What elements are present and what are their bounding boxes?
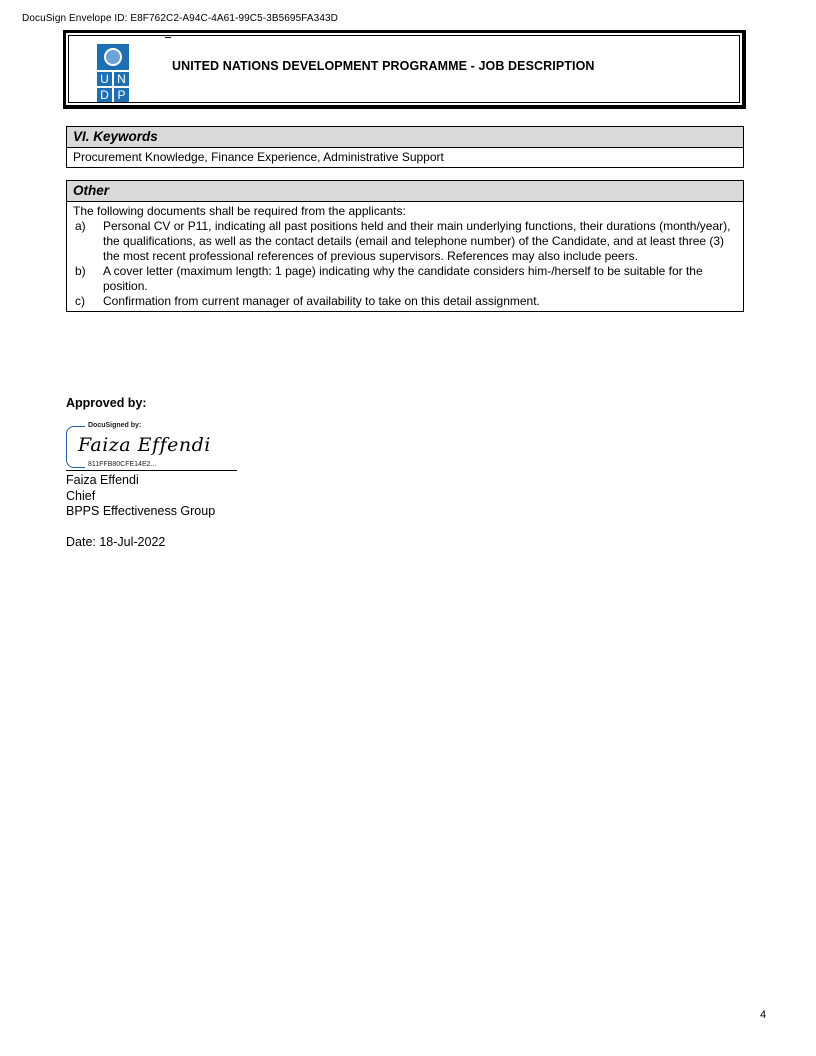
un-emblem-icon <box>97 44 129 70</box>
document-title: UNITED NATIONS DEVELOPMENT PROGRAMME - J… <box>172 59 595 73</box>
signature-handwriting: Faiza Effendi <box>78 434 211 456</box>
other-heading: Other <box>67 181 743 202</box>
signature-id: 811FFB80CFE14E2... <box>88 461 156 468</box>
logo-letter: P <box>114 88 129 102</box>
docusign-signature: DocuSigned by: Faiza Effendi 811FFB80CFE… <box>66 422 236 470</box>
page-number: 4 <box>760 1009 766 1021</box>
list-marker: b) <box>73 264 103 294</box>
docusign-envelope-id: DocuSign Envelope ID: E8F762C2-A94C-4A61… <box>22 13 338 24</box>
list-marker: a) <box>73 219 103 264</box>
other-section: Other The following documents shall be r… <box>66 180 744 312</box>
approval-date: Date: 18-Jul-2022 <box>66 535 165 549</box>
header-inner-border: U N D P UNITED NATIONS DEVELOPMENT PROGR… <box>68 35 740 103</box>
undp-logo: U N D P <box>97 44 129 102</box>
approved-by-label: Approved by: <box>66 396 147 410</box>
document-header: U N D P UNITED NATIONS DEVELOPMENT PROGR… <box>63 30 746 109</box>
list-item: a) Personal CV or P11, indicating all pa… <box>73 219 737 264</box>
signature-line <box>66 470 237 471</box>
list-item: c) Confirmation from current manager of … <box>73 294 737 309</box>
other-intro: The following documents shall be require… <box>73 204 737 219</box>
list-text: Confirmation from current manager of ava… <box>103 294 737 309</box>
keywords-section: VI. Keywords Procurement Knowledge, Fina… <box>66 126 744 168</box>
logo-letter: D <box>97 88 112 102</box>
signer-title: Chief <box>66 489 215 505</box>
signer-group: BPPS Effectiveness Group <box>66 504 215 520</box>
required-documents-list: a) Personal CV or P11, indicating all pa… <box>73 219 737 309</box>
list-text: A cover letter (maximum length: 1 page) … <box>103 264 737 294</box>
list-marker: c) <box>73 294 103 309</box>
logo-letter: U <box>97 72 112 86</box>
header-dash <box>165 37 171 38</box>
list-text: Personal CV or P11, indicating all past … <box>103 219 737 264</box>
signer-name: Faiza Effendi <box>66 473 215 489</box>
signer-block: Faiza Effendi Chief BPPS Effectiveness G… <box>66 473 215 520</box>
list-item: b) A cover letter (maximum length: 1 pag… <box>73 264 737 294</box>
docusigned-label: DocuSigned by: <box>88 422 141 429</box>
logo-letter: N <box>114 72 129 86</box>
keywords-text: Procurement Knowledge, Finance Experienc… <box>67 148 743 167</box>
keywords-heading: VI. Keywords <box>67 127 743 148</box>
